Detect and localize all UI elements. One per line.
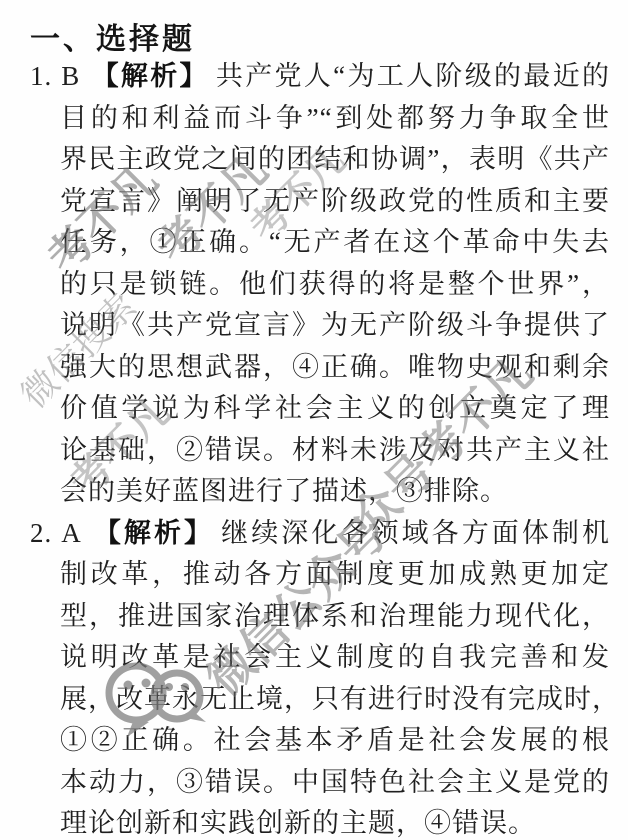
- answer-item-2: 2.A【解析】继续深化各领域各方面体制机 制改革，推动各方面制度更加成熟更加定 …: [60, 513, 610, 840]
- item-number: 2.: [30, 518, 52, 548]
- answer-line-text: 共产党人“为工人阶级的最近的: [216, 61, 610, 91]
- answer-line: 目的和利益而斗争”“到处都努力争取全世: [60, 98, 610, 140]
- answer-line: 会的美好蓝图进行了描述，③排除。: [60, 471, 610, 513]
- answer-line: 说明改革是社会主义制度的自我完善和发: [60, 637, 610, 679]
- answer-content: 1.B【解析】共产党人“为工人阶级的最近的 目的和利益而斗争”“到处都努力争取全…: [60, 56, 610, 840]
- answer-line: 强大的思想武器，④正确。唯物史观和剩余: [60, 347, 610, 389]
- answer-line: 说明《共产党宣言》为无产阶级斗争提供了: [60, 305, 610, 347]
- analysis-label: 【解析】: [92, 518, 214, 548]
- answer-line: 党宣言》阐明了无产阶级政党的性质和主要: [60, 181, 610, 223]
- answer-item-1: 1.B【解析】共产党人“为工人阶级的最近的 目的和利益而斗争”“到处都努力争取全…: [60, 56, 610, 513]
- answer-line: 的只是锁链。他们获得的将是整个世界”，: [60, 264, 610, 306]
- answer-line: 型，推进国家治理体系和治理能力现代化，: [60, 596, 610, 638]
- answer-line: 2.A【解析】继续深化各领域各方面体制机: [30, 513, 610, 555]
- answer-line: 任务，①正确。“无产者在这个革命中失去: [60, 222, 610, 264]
- answer-line: 制改革，推动各方面制度更加成熟更加定: [60, 554, 610, 596]
- answer-letter: B: [61, 61, 80, 91]
- answer-line: 价值学说为科学社会主义的创立奠定了理: [60, 388, 610, 430]
- answer-line: 1.B【解析】共产党人“为工人阶级的最近的: [30, 56, 610, 98]
- section-title: 一、选择题: [30, 14, 195, 58]
- analysis-label: 【解析】: [90, 61, 209, 91]
- answer-line-text: 继续深化各领域各方面体制机: [221, 518, 610, 548]
- answer-line: 界民主政党之间的团结和协调”，表明《共产: [60, 139, 610, 181]
- answer-line: ①②正确。社会基本矛盾是社会发展的根: [60, 720, 610, 762]
- answer-line: 本动力，③错误。中国特色社会主义是党的: [60, 762, 610, 804]
- answer-line: 展，改革永无止境，只有进行时没有完成时，: [60, 679, 610, 721]
- answer-line: 论基础，②错误。材料未涉及对共产主义社: [60, 430, 610, 472]
- item-number: 1.: [30, 61, 52, 91]
- answer-key-page: 一、选择题 1.B【解析】共产党人“为工人阶级的最近的 目的和利益而斗争”“到处…: [0, 0, 628, 840]
- answer-line: 理论创新和实践创新的主题，④错误。: [60, 803, 610, 840]
- answer-letter: A: [61, 518, 82, 548]
